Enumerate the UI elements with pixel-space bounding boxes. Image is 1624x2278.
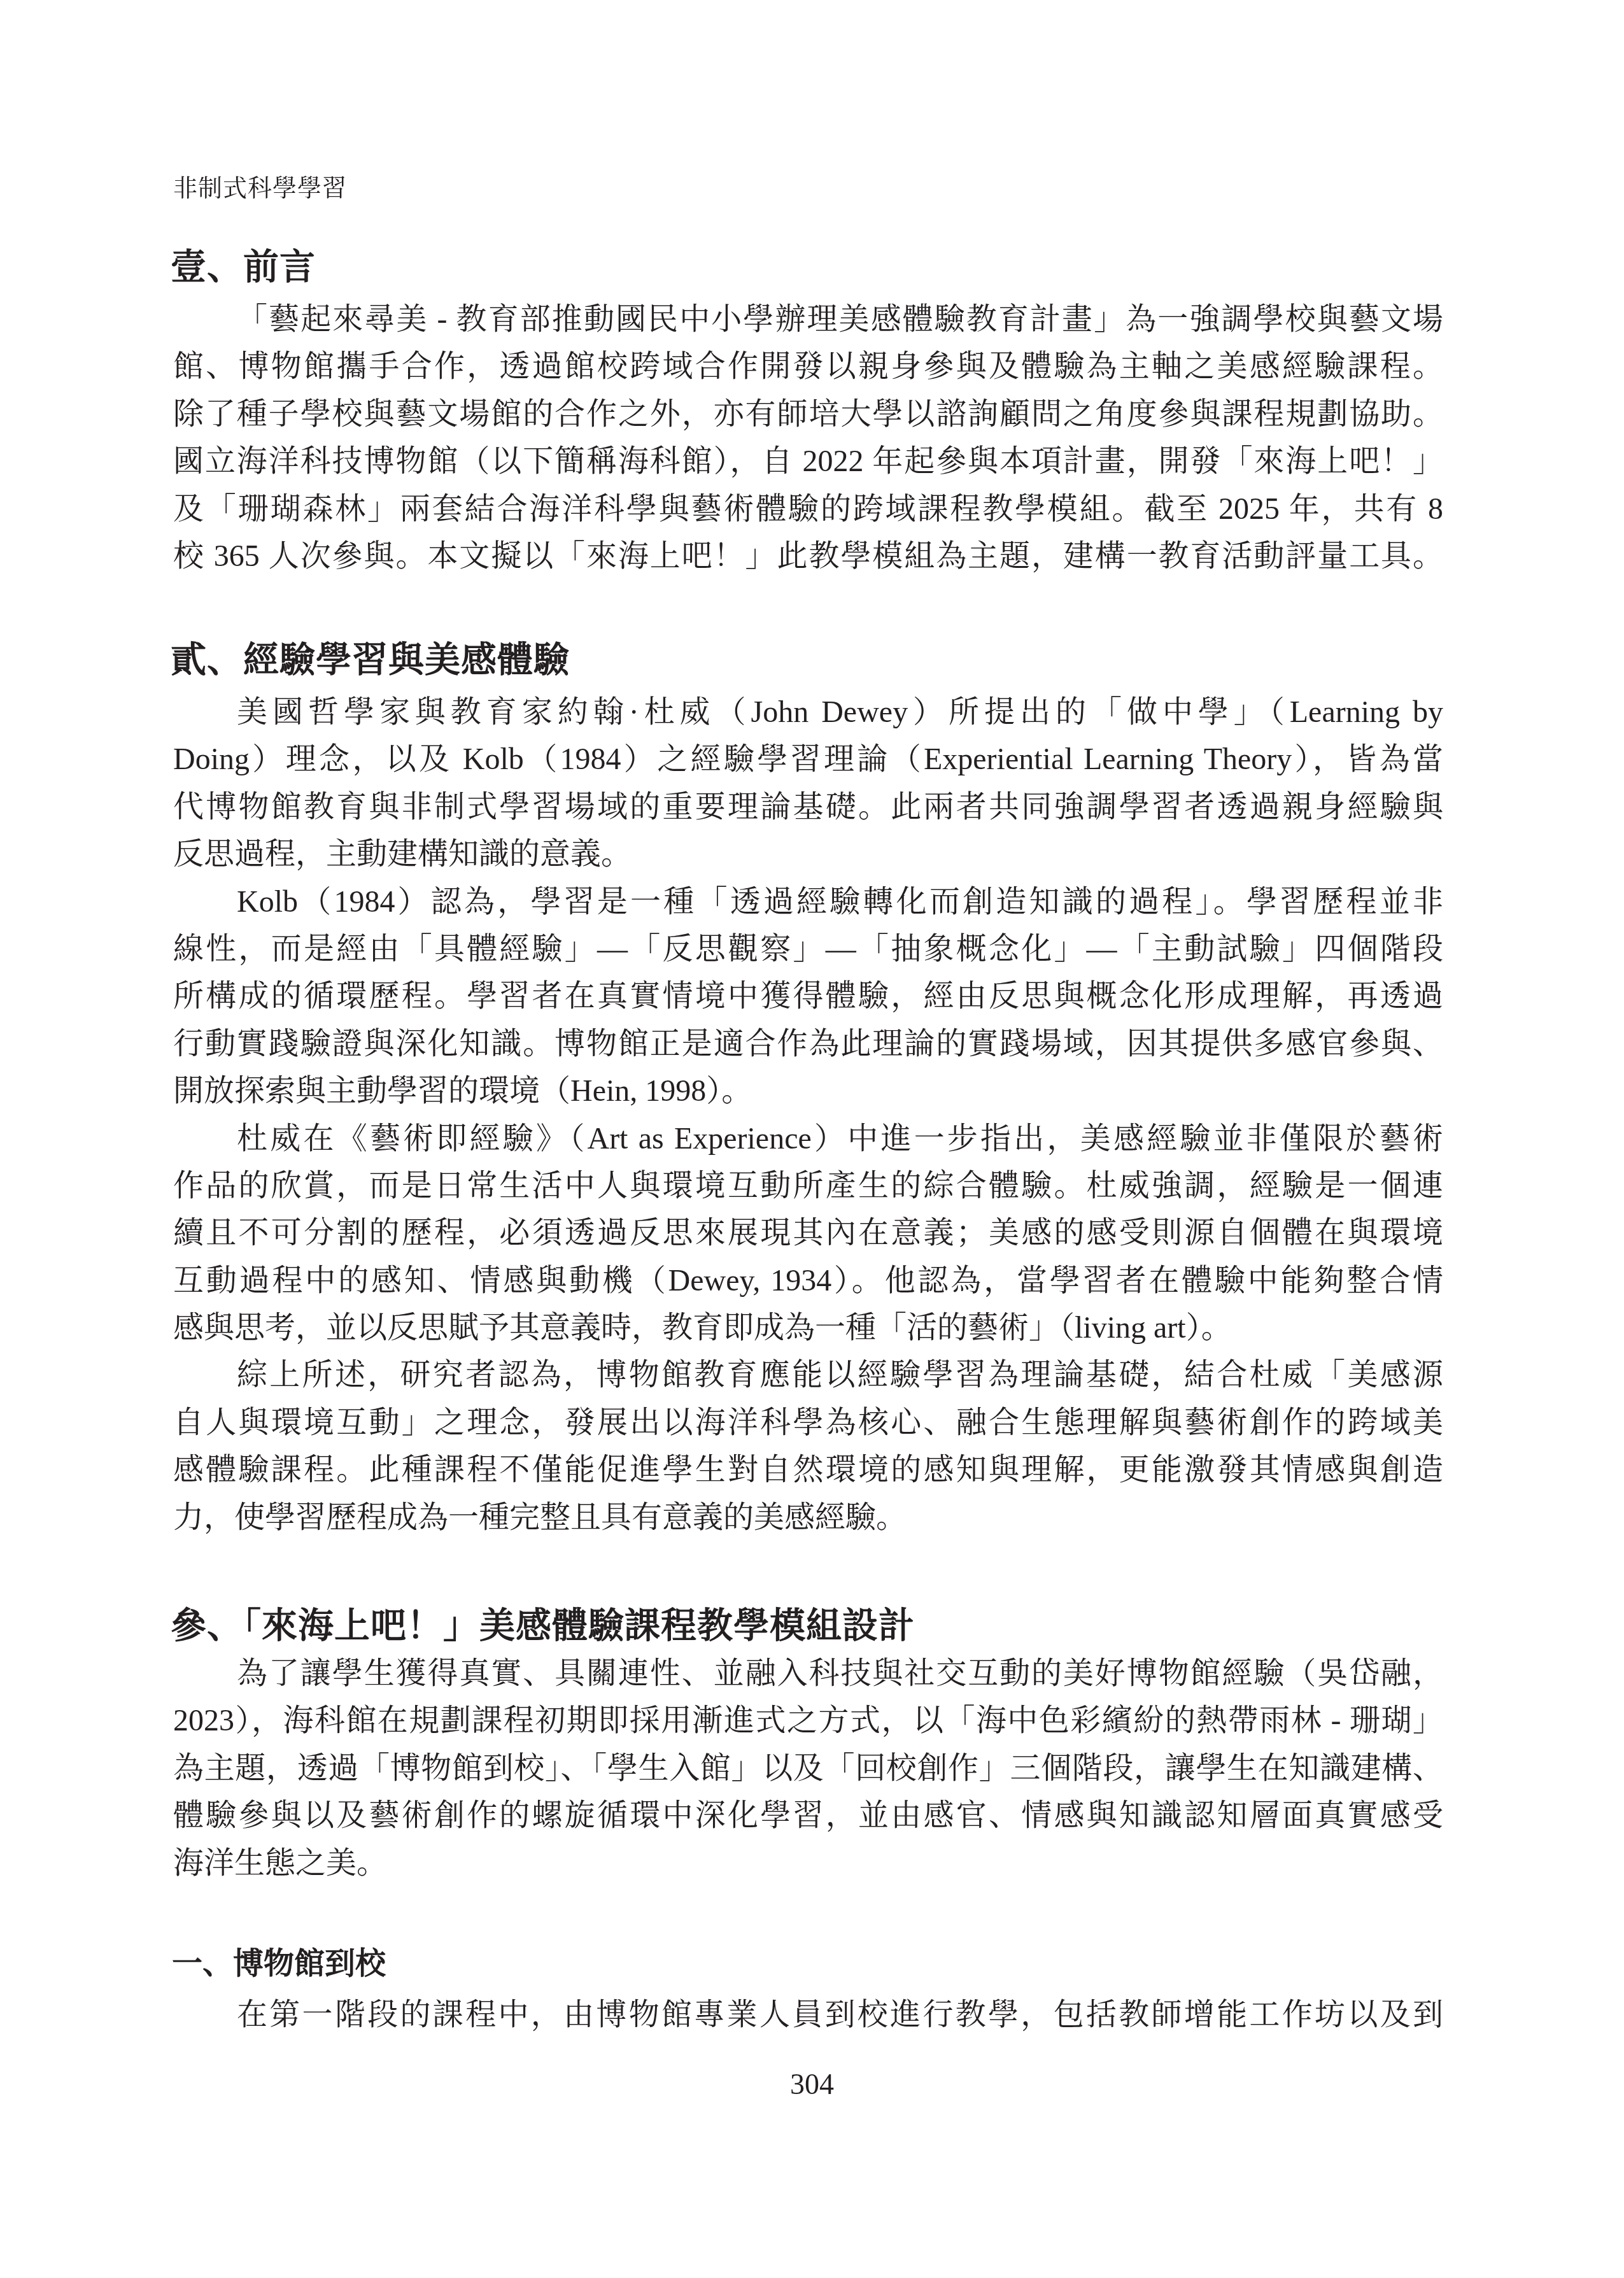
text-line: 感體驗課程。此種課程不僅能促進學生對自然環境的感知與理解，更能激發其情感與創造 <box>173 1450 1443 1497</box>
section-heading-introduction: 壹、前言 <box>171 247 316 288</box>
text-line: 國立海洋科技博物館（以下簡稱海科館），自 2022 年起參與本項計畫，開發「來海… <box>173 441 1443 488</box>
text-line: 反思過程，主動建構知識的意義。 <box>173 834 1443 881</box>
text-line: 續且不可分割的歷程，必須透過反思來展現其內在意義；美感的感受則源自個體在與環境 <box>173 1213 1443 1260</box>
text-line: 線性，而是經由「具體經驗」—「反思觀察」—「抽象概念化」—「主動試驗」四個階段 <box>173 929 1443 976</box>
text-line: 為主題，透過「博物館到校」、「學生入館」以及「回校創作」三個階段，讓學生在知識建… <box>173 1748 1443 1795</box>
text-line: 互動過程中的感知、情感與動機（Dewey, 1934）。他認為，當學習者在體驗中… <box>173 1261 1443 1308</box>
document-page: 非制式科學學習 壹、前言 「藝起來尋美 - 教育部推動國民中小學辦理美感體驗教育… <box>0 0 1624 2278</box>
text-line: 2023），海科館在規劃課程初期即採用漸進式之方式，以「海中色彩繽紛的熱帶雨林 … <box>173 1701 1443 1748</box>
text-line: 「藝起來尋美 - 教育部推動國民中小學辦理美感體驗教育計畫」為一強調學校與藝文場 <box>173 299 1443 346</box>
page-number: 304 <box>0 2067 1624 2102</box>
text-line: 自人與環境互動」之理念，發展出以海洋科學為核心、融合生態理解與藝術創作的跨域美 <box>173 1403 1443 1450</box>
text-line: 體驗參與以及藝術創作的螺旋循環中深化學習，並由感官、情感與知識認知層面真實感受 <box>173 1795 1443 1843</box>
text-line: 美國哲學家與教育家約翰·杜威（John Dewey）所提出的「做中學」（Lear… <box>173 692 1443 739</box>
text-line: Kolb（1984）認為，學習是一種「透過經驗轉化而創造知識的過程」。學習歷程並… <box>173 882 1443 929</box>
text-line: 杜威在《藝術即經驗》（Art as Experience）中進一步指出，美感經驗… <box>173 1119 1443 1166</box>
section-heading-experiential-learning: 貳、經驗學習與美感體驗 <box>171 640 570 681</box>
section-heading-module-design: 參、「來海上吧！」美感體驗課程教學模組設計 <box>171 1606 915 1646</box>
text-line: 綜上所述，研究者認為，博物館教育應能以經驗學習為理論基礎，結合杜威「美感源 <box>173 1355 1443 1402</box>
text-line: 除了種子學校與藝文場館的合作之外，亦有師培大學以諮詢顧問之角度參與課程規劃協助。 <box>173 394 1443 441</box>
text-line: 在第一階段的課程中，由博物館專業人員到校進行教學，包括教師增能工作坊以及到 <box>173 1995 1443 2042</box>
text-line: 感與思考，並以反思賦予其意義時，教育即成為一種「活的藝術」（living art… <box>173 1308 1443 1355</box>
subsection-heading-museum-to-school: 一、博物館到校 <box>172 1945 386 1983</box>
text-line: 校 365 人次參與。本文擬以「來海上吧！」此教學模組為主題，建構一教育活動評量… <box>173 536 1443 583</box>
text-line: 為了讓學生獲得真實、具關連性、並融入科技與社交互動的美好博物館經驗（吳岱融， <box>173 1653 1443 1701</box>
text-line: 所構成的循環歷程。學習者在真實情境中獲得體驗，經由反思與概念化形成理解，再透過 <box>173 976 1443 1023</box>
text-line: 力，使學習歷程成為一種完整且具有意義的美感經驗。 <box>173 1497 1443 1545</box>
text-line: 作品的欣賞，而是日常生活中人與環境互動所產生的綜合體驗。杜威強調，經驗是一個連 <box>173 1166 1443 1213</box>
text-line: 開放探索與主動學習的環境（Hein, 1998）。 <box>173 1071 1443 1118</box>
text-line: 及「珊瑚森林」兩套結合海洋科學與藝術體驗的跨域課程教學模組。截至 2025 年，… <box>173 489 1443 536</box>
paragraph: 為了讓學生獲得真實、具關連性、並融入科技與社交互動的美好博物館經驗（吳岱融， 2… <box>173 1653 1443 1890</box>
text-line: 海洋生態之美。 <box>173 1843 1443 1890</box>
text-line: 行動實踐驗證與深化知識。博物館正是適合作為此理論的實踐場域，因其提供多感官參與、 <box>173 1024 1443 1071</box>
paragraph: 在第一階段的課程中，由博物館專業人員到校進行教學，包括教師增能工作坊以及到 <box>173 1995 1443 2042</box>
paragraph: 「藝起來尋美 - 教育部推動國民中小學辦理美感體驗教育計畫」為一強調學校與藝文場… <box>173 299 1443 583</box>
text-line: 館、博物館攜手合作，透過館校跨域合作開發以親身參與及體驗為主軸之美感經驗課程。 <box>173 346 1443 393</box>
text-line: Doing）理念，以及 Kolb（1984）之經驗學習理論（Experienti… <box>173 739 1443 786</box>
paragraph: 美國哲學家與教育家約翰·杜威（John Dewey）所提出的「做中學」（Lear… <box>173 692 1443 1545</box>
text-line: 代博物館教育與非制式學習場域的重要理論基礎。此兩者共同強調學習者透過親身經驗與 <box>173 787 1443 834</box>
running-header: 非制式科學學習 <box>173 172 347 205</box>
